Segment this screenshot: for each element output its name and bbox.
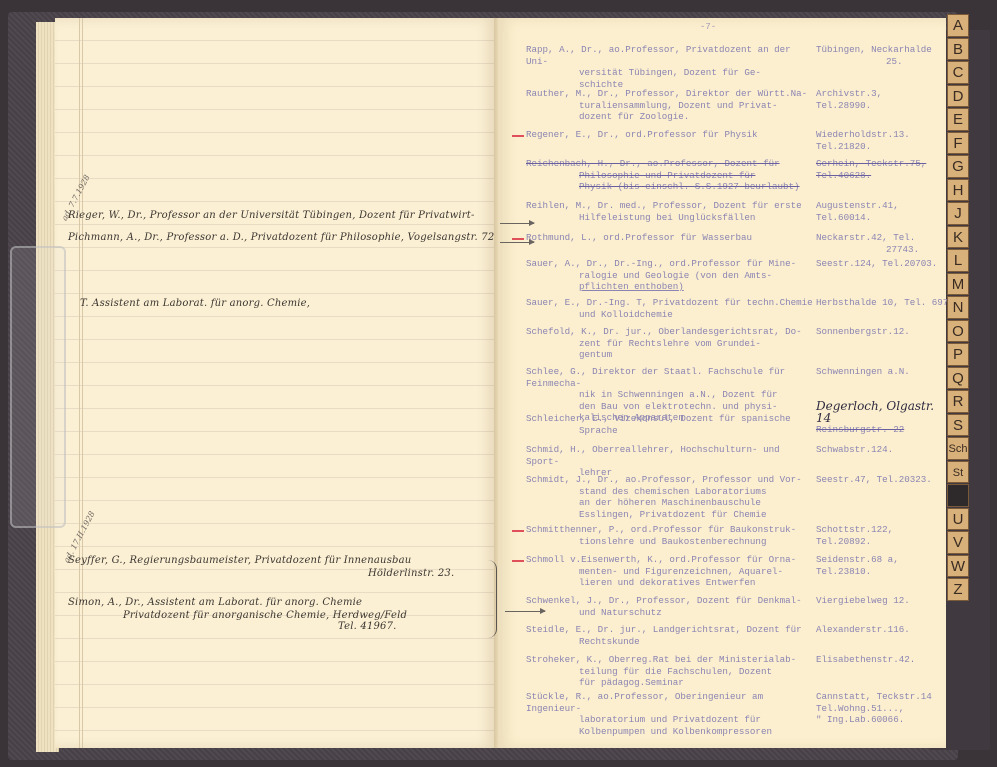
entry-address: Schwabstr.124. xyxy=(816,444,941,456)
index-tab-w[interactable]: W xyxy=(947,555,969,578)
index-tab-z[interactable]: Z xyxy=(947,578,969,601)
index-tab-d[interactable]: D xyxy=(947,85,969,108)
entry-address: Viergiebelweg 12. xyxy=(816,595,941,607)
bracket xyxy=(488,560,497,638)
left-page xyxy=(55,18,496,748)
entry-address: Augustenstr.41,Tel.60014. xyxy=(816,200,941,223)
directory-entry: Stückle, R., ao.Professor, Oberingenieur… xyxy=(526,691,936,737)
index-tab-st[interactable]: St xyxy=(947,461,969,484)
entry-address: Seestr.124, Tel.20703. xyxy=(816,258,941,270)
entry-address: Schwenningen a.N. xyxy=(816,366,941,378)
directory-entry: Schwenkel, J., Dr., Professor, Dozent fü… xyxy=(526,595,936,618)
index-tab-k[interactable]: K xyxy=(947,226,969,249)
entry-address: Degerloch, Olgastr. 14Reinsburgstr. 22 xyxy=(816,413,941,436)
directory-entry: Schmidt, J., Dr., ao.Professor, Professo… xyxy=(526,474,936,520)
entry-address: Schottstr.122,Tel.20892. xyxy=(816,524,941,547)
index-tab-g[interactable]: G xyxy=(947,155,969,178)
directory-entry: Schmoll v.Eisenwerth, K., ord.Professor … xyxy=(526,554,936,589)
index-tab-j[interactable]: J xyxy=(947,202,969,225)
index-tab-r[interactable]: R xyxy=(947,390,969,413)
alphabet-index-tabs: ABCDEFGHJKLMNOPQRSSchStTUVWZ xyxy=(947,14,973,602)
index-tab-p[interactable]: P xyxy=(947,343,969,366)
entry-address: Sonnenbergstr.12. xyxy=(816,326,941,338)
directory-entry: Schefold, K., Dr. jur., Oberlandesgerich… xyxy=(526,326,936,361)
entry-address: Seidenstr.68 a,Tel.23810. xyxy=(816,554,941,577)
directory-entry: Regener, E., Dr., ord.Professor für Phys… xyxy=(526,129,936,141)
directory-entry: Rothmund, L., ord.Professor für Wasserba… xyxy=(526,232,936,244)
index-tab-s[interactable]: S xyxy=(947,414,969,437)
directory-entry: Stroheker, K., Oberreg.Rat bei der Minis… xyxy=(526,654,936,689)
page-clip xyxy=(10,246,66,528)
red-check-mark xyxy=(512,238,524,240)
index-tab-a[interactable]: A xyxy=(947,14,969,37)
index-tab-q[interactable]: Q xyxy=(947,367,969,390)
red-check-mark xyxy=(512,530,524,532)
directory-entry: Sauer, A., Dr., Dr.-Ing., ord.Professor … xyxy=(526,258,936,293)
handwritten-entry: Simon, A., Dr., Assistent am Laborat. fü… xyxy=(68,597,407,632)
directory-entry: Rauther, M., Dr., Professor, Direktor de… xyxy=(526,88,936,123)
directory-entry: Reihlen, M., Dr. med., Professor, Dozent… xyxy=(526,200,936,223)
page-number: -7- xyxy=(700,22,716,32)
handwritten-entry: Pichmann, A., Dr., Professor a. D., Priv… xyxy=(68,232,494,243)
index-tab-v[interactable]: V xyxy=(947,531,969,554)
handwritten-entry: Rieger, W., Dr., Professor an der Univer… xyxy=(68,210,475,221)
index-tab-sch[interactable]: Sch xyxy=(947,437,969,460)
index-tab-n[interactable]: N xyxy=(947,296,969,319)
index-tab-f[interactable]: F xyxy=(947,132,969,155)
entry-address: Archivstr.3, Tel.28990. xyxy=(816,88,941,111)
index-tab-b[interactable]: B xyxy=(947,38,969,61)
handwritten-entry: Seyffer, G., Regierungsbaumeister, Priva… xyxy=(68,555,454,579)
index-tab-c[interactable]: C xyxy=(947,61,969,84)
directory-entry: Reichenbach, H., Dr., ao.Professor, Doze… xyxy=(526,158,936,193)
index-tab-l[interactable]: L xyxy=(947,249,969,272)
entry-address: Seestr.47, Tel.20323. xyxy=(816,474,941,486)
red-check-mark xyxy=(512,135,524,137)
entry-address: Neckarstr.42, Tel.27743. xyxy=(816,232,941,255)
entry-address: Cannstatt, Teckstr.14Tel.Wohng.51...," I… xyxy=(816,691,941,726)
index-tab-m[interactable]: M xyxy=(947,273,969,296)
arrow-icon xyxy=(500,223,534,224)
index-tab-t[interactable]: T xyxy=(947,484,969,507)
entry-address: Herbsthalde 10, Tel. 6974 xyxy=(816,297,941,309)
entry-address: Tübingen, Neckarhalde25. xyxy=(816,44,941,67)
handwritten-entry: T. Assistent am Laborat. für anorg. Chem… xyxy=(80,298,310,309)
entry-address: Elisabethenstr.42. xyxy=(816,654,941,666)
directory-entry: Schmitthenner, P., ord.Professor für Bau… xyxy=(526,524,936,547)
entry-address: Wiederholdstr.13.Tel.21820. xyxy=(816,129,941,152)
index-tab-h[interactable]: H xyxy=(947,179,969,202)
red-check-mark xyxy=(512,560,524,562)
entry-address: Alexanderstr.116. xyxy=(816,624,941,636)
directory-entry: Rapp, A., Dr., ao.Professor, Privatdozen… xyxy=(526,44,936,90)
index-tab-e[interactable]: E xyxy=(947,108,969,131)
directory-entry: Schleicher, E., Vizekonsul, Dozent für s… xyxy=(526,413,936,436)
entry-address: Gerhein, Teckstr.75,Tel.40628. xyxy=(816,158,941,181)
index-tab-u[interactable]: U xyxy=(947,508,969,531)
directory-entry: Steidle, E., Dr. jur., Landgerichtsrat, … xyxy=(526,624,936,647)
index-tab-o[interactable]: O xyxy=(947,320,969,343)
directory-entry: Sauer, E., Dr.-Ing. T, Privatdozent für … xyxy=(526,297,936,320)
